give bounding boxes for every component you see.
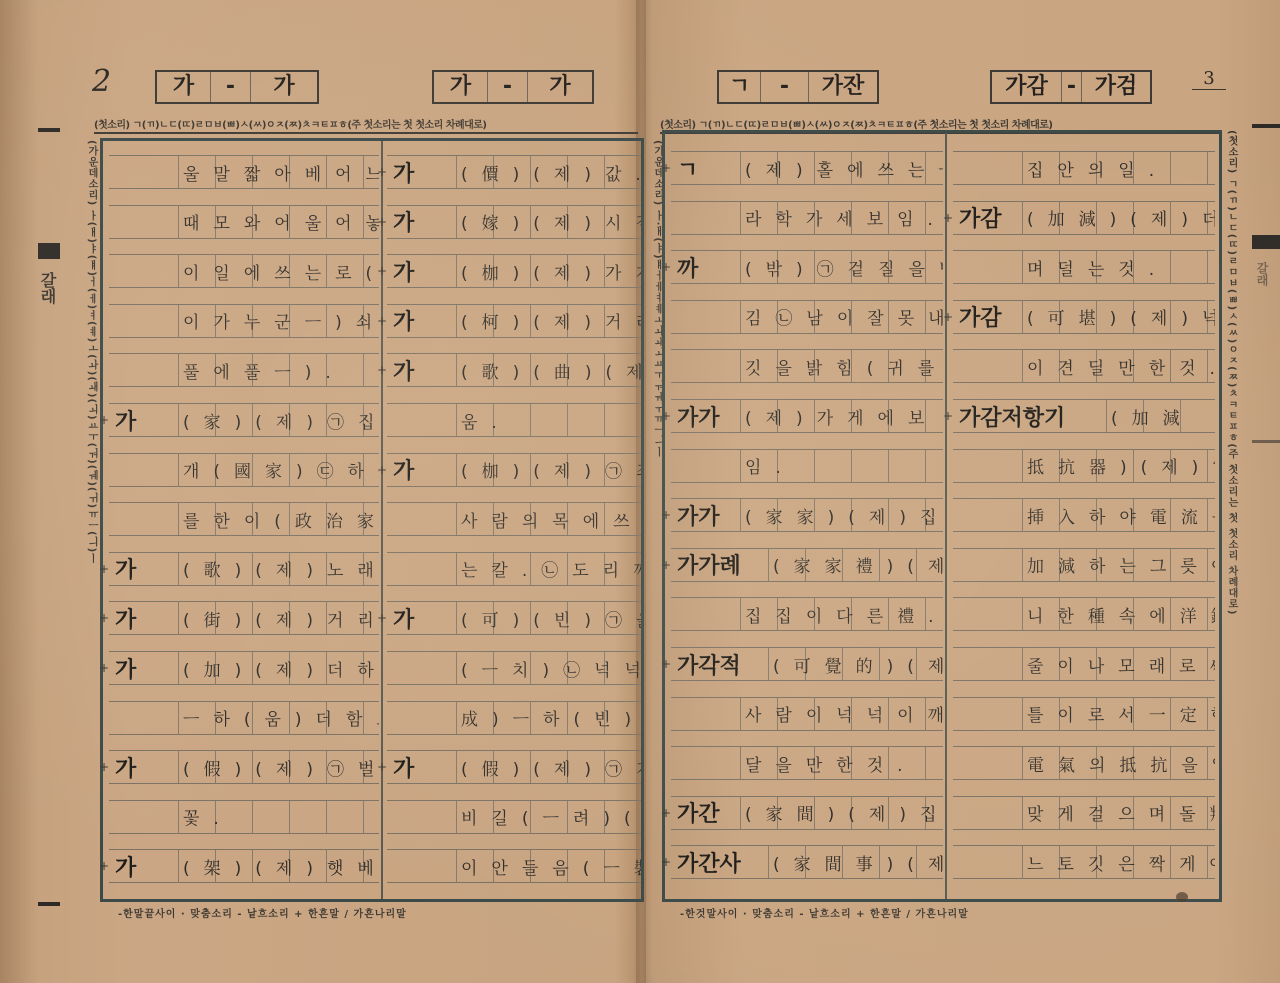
entry-definition: 니한種속에洋銀	[1023, 598, 1215, 630]
entry-definition: (假)(제)㉠벌에㉡	[179, 751, 379, 783]
page-footer-legend: -한말끝사이 · 맞춤소리 - 낱흐소리 + 한흔말 / 가흔나리말	[118, 905, 407, 920]
entry-headword	[387, 702, 457, 734]
entry-definition: (밖)㉠겉질을벗	[741, 251, 943, 283]
entry-definition: 깃을밝힘(귀를ㅡ)	[741, 350, 943, 382]
dictionary-entry-continuation-row: 電氣의抵抗을알	[953, 746, 1215, 780]
entry-headword: 가	[109, 553, 179, 585]
dictionary-entry-continuation-row: 줄이나모래로써	[953, 647, 1215, 681]
entry-headword	[953, 648, 1023, 680]
entry-definition: (架)(제)햇베실렁.	[179, 850, 379, 882]
dictionary-entry-headword-row: +가감저항기(加減	[953, 399, 1215, 433]
entry-definition: 김㉡남이잘못내	[741, 301, 943, 333]
dictionary-entry-headword-row: +가(架)(제)햇베실렁.	[109, 849, 379, 883]
entry-headword: 가	[109, 404, 179, 436]
entry-definition: (家間事)(제)	[769, 846, 943, 878]
entry-marker-icon: +	[99, 611, 109, 625]
guide-words-box-2: 가감 - 가검	[990, 70, 1152, 104]
entry-marker-icon: +	[377, 215, 387, 229]
entry-definition: (價)(제)값.	[457, 156, 641, 188]
entry-marker-icon: +	[661, 508, 671, 522]
dictionary-entry-continuation-row: 틀이로서一定한	[953, 697, 1215, 731]
entry-headword: 가	[109, 850, 179, 882]
entry-marker-icon: +	[661, 657, 671, 671]
dictionary-entry-continuation-row: 를한이(政治家).	[109, 502, 379, 536]
dictionary-entry-continuation-row: 개(國家)㉢하는이	[109, 453, 379, 487]
entry-headword: 가	[387, 305, 457, 337]
entry-headword: 까	[671, 251, 741, 283]
dictionary-entry-continuation-row: 때모와어울어놓	[109, 205, 379, 239]
entry-frame: +ㄱ(제)홀에쓰는ㅡ라학가세보임.+까(밖)㉠겉질을벗김㉡남이잘못내깃을밝힘(귀…	[662, 130, 1222, 902]
entry-headword	[671, 202, 741, 234]
entry-definition: (家家禮)(제)	[769, 549, 943, 581]
entry-definition: (家間)(제)집안	[741, 797, 943, 829]
guide-word-dash: -	[488, 72, 528, 102]
entry-headword: 가	[109, 751, 179, 783]
guide-word-start: 가	[434, 72, 488, 102]
entry-headword	[109, 702, 179, 734]
dictionary-entry-headword-row: +가(價)(제)값.	[387, 155, 641, 189]
entry-headword	[953, 251, 1023, 283]
dictionary-entry-continuation-row: 사람이넉넉이깨	[671, 697, 943, 731]
dictionary-entry-headword-row: +ㄱ(제)홀에쓰는ㅡ	[671, 151, 943, 185]
entry-marker-icon: +	[99, 760, 109, 774]
entry-headword: 가각적	[671, 648, 769, 680]
entry-marker-icon: +	[661, 409, 671, 423]
guide-word-start: ㄱ	[719, 72, 761, 102]
entry-marker-icon: +	[377, 760, 387, 774]
margin-tick	[1252, 440, 1280, 443]
entries-column-1: 울말짧아베어느때모와어울어놓이일에쓰는로(그이가누군ㅡ)쇠가풀에풀ㅡ).+가(家…	[109, 141, 379, 899]
entry-definition: 를한이(政治家).	[179, 503, 379, 535]
dictionary-entry-continuation-row: 이가누군ㅡ)쇠가	[109, 304, 379, 338]
entry-definition: (加減	[1107, 400, 1215, 432]
entry-headword	[109, 255, 179, 287]
left-page: 2 가 - 가 가 - 가 (첫소리) ㄱ(ㄲ)ㄴㄷ(ㄸ)ㄹㅁㅂ(ㅃ)ㅅ(ㅆ)ㅇ…	[0, 0, 640, 983]
entry-marker-icon: +	[99, 859, 109, 873]
entry-definition: (可覺的)(제)	[769, 648, 943, 680]
dictionary-entry-continuation-row: 는칼.㉡도리깨.	[387, 552, 641, 586]
dictionary-entry-continuation-row: 달을만한것.	[671, 746, 943, 780]
entry-definition: 임.	[741, 450, 943, 482]
entry-marker-icon: +	[99, 562, 109, 576]
page-number: 2	[92, 64, 111, 99]
dictionary-entry-continuation-row: 집안의일.	[953, 151, 1215, 185]
entry-definition: 개(國家)㉢하는이	[179, 454, 379, 486]
entry-headword	[109, 354, 179, 386]
dictionary-entry-headword-row: +가간사(家間事)(제)	[671, 845, 943, 879]
dictionary-entry-continuation-row: 임.	[671, 449, 943, 483]
dictionary-entry-headword-row: +가(枷)(제)가지.	[387, 254, 641, 288]
entries-column-1: +ㄱ(제)홀에쓰는ㅡ라학가세보임.+까(밖)㉠겉질을벗김㉡남이잘못내깃을밝힘(귀…	[671, 133, 943, 899]
entry-definition: 電氣의抵抗을알	[1023, 747, 1215, 779]
entry-definition: 느토깃은짝게에	[1023, 846, 1215, 878]
entry-definition: 달을만한것.	[741, 747, 943, 779]
consonant-index-strip: (첫소리) ㄱ(ㄲ)ㄴㄷ(ㄸ)ㄹㅁㅂ(ㅃ)ㅅ(ㅆ)ㅇㅈ(ㅉ)ㅊㅋㅌㅍㅎ(주 첫소…	[94, 116, 638, 134]
entry-headword: 가간사	[671, 846, 769, 878]
vowel-index-strip: (가운데소리) ㅏ(ㅐ)ㅑ(ㅒ)ㅓ(ㅔ)ㅕ(ㅖ)ㅗ(ㅘ)(ㅙ)(ㅚ)ㅛㅜ(ㅝ)(…	[84, 140, 99, 900]
entry-definition: (家家)(제)집집.	[741, 499, 943, 531]
dictionary-entry-headword-row: +가(嫁)(제)시집감.	[387, 205, 641, 239]
entry-definition: (柯)(제)거리.	[457, 305, 641, 337]
entry-headword: 가간	[671, 797, 741, 829]
entry-definition: 며덜는것.	[1023, 251, 1215, 283]
guide-word-start: 가감	[992, 72, 1062, 102]
entry-headword: 가	[387, 602, 457, 634]
margin-section-label: 갈래	[1254, 262, 1271, 286]
entries-column-2: +가(價)(제)값.+가(嫁)(제)시집감.+가(枷)(제)가지.+가(柯)(제…	[387, 141, 641, 899]
entry-headword	[953, 549, 1023, 581]
dictionary-entry-continuation-row: 며덜는것.	[953, 250, 1215, 284]
entry-marker-icon: +	[943, 409, 953, 423]
entry-definition: (可堪)(제)넉넉	[1023, 301, 1215, 333]
entry-headword	[387, 652, 457, 684]
guide-words-box-1: 가 - 가	[155, 70, 319, 104]
entry-headword	[387, 503, 457, 535]
entry-definition: 는칼.㉡도리깨.	[457, 553, 641, 585]
dictionary-entry-continuation-row: 김㉡남이잘못내	[671, 300, 943, 334]
entry-definition: ㅡ하(움)더함보탬	[179, 702, 379, 734]
column-divider	[945, 133, 947, 899]
dictionary-entry-headword-row: +까(밖)㉠겉질을벗	[671, 250, 943, 284]
ink-stain	[1176, 892, 1188, 902]
dictionary-entry-continuation-row: 느토깃은짝게에	[953, 845, 1215, 879]
dictionary-entry-continuation-row: 비길(ㅡ려)(裝)㉢참	[387, 800, 641, 834]
margin-tab-marker	[1252, 235, 1280, 249]
entry-headword: 가가례	[671, 549, 769, 581]
entry-frame: 울말짧아베어느때모와어울어놓이일에쓰는로(그이가누군ㅡ)쇠가풀에풀ㅡ).+가(家…	[100, 138, 644, 902]
dictionary-entry-headword-row: +가각적(可覺的)(제)	[671, 647, 943, 681]
entry-definition: 집안의일.	[1023, 152, 1215, 184]
entry-headword	[387, 404, 457, 436]
dictionary-entry-continuation-row: 울말짧아베어느	[109, 155, 379, 189]
guide-word-dash: -	[761, 72, 809, 102]
entry-definition: (枷)(제)가지.	[457, 255, 641, 287]
entry-marker-icon: +	[943, 211, 953, 225]
page-footer-legend: -한것말사이 · 맞춤소리 - 낱흐소리 + 한흔말 / 가흔나리말	[680, 905, 969, 920]
entry-marker-icon: +	[99, 413, 109, 427]
entry-headword	[387, 553, 457, 585]
guide-words-box-2: 가 - 가	[432, 70, 594, 104]
entry-marker-icon: +	[661, 558, 671, 572]
entry-definition: 풀에풀ㅡ).	[179, 354, 379, 386]
entry-headword: ㄱ	[671, 152, 741, 184]
column-divider	[381, 141, 383, 899]
dictionary-entry-headword-row: +가(街)(제)거리.	[109, 601, 379, 635]
entry-definition: (街)(제)거리.	[179, 602, 379, 634]
dictionary-entry-continuation-row: 이일에쓰는로(그	[109, 254, 379, 288]
entry-headword: 가	[387, 206, 457, 238]
entry-definition: 집집이다른禮.	[741, 598, 943, 630]
dictionary-entry-continuation-row: 라학가세보임.	[671, 201, 943, 235]
margin-tick	[38, 128, 60, 132]
dictionary-entry-continuation-row: 깃을밝힘(귀를ㅡ)	[671, 349, 943, 383]
entry-headword: 가가	[671, 499, 741, 531]
dictionary-entry-continuation-row: 挿入하야電流를	[953, 498, 1215, 532]
entry-headword	[109, 801, 179, 833]
dictionary-entry-headword-row: +가가(家家)(제)집집.	[671, 498, 943, 532]
entry-headword	[953, 846, 1023, 878]
entries-column-2: 집안의일.+가감(加減)(제)더하며덜는것.+가감(可堪)(제)넉넉이견딜만한것…	[953, 133, 1215, 899]
entry-headword	[387, 801, 457, 833]
entry-definition: 틀이로서一定한	[1023, 698, 1215, 730]
right-page: ㄱ - 가잔 가감 - 가검 3 (첫소리) ㄱ(ㄲ)ㄴㄷ(ㄸ)ㄹㅁㅂ(ㅃ)ㅅ(…	[640, 0, 1280, 983]
entry-headword	[953, 450, 1023, 482]
entry-definition: 이안들음(ㅡ裝花)	[457, 850, 641, 882]
entry-definition: 라학가세보임.	[741, 202, 943, 234]
entry-headword	[953, 598, 1023, 630]
entry-headword: 가감저항기	[953, 400, 1107, 432]
margin-tick	[1252, 124, 1280, 128]
entry-definition: (家)(제)㉠집㉡가	[179, 404, 379, 436]
dictionary-entry-continuation-row: (ㅡ치)㉡넉넉이(ㅡ	[387, 651, 641, 685]
dictionary-entry-headword-row: +가가(제)가게에보	[671, 399, 943, 433]
entry-definition: (加減)(제)더하	[1023, 202, 1215, 234]
entry-marker-icon: +	[99, 661, 109, 675]
entry-definition: (歌)(제)노래.	[179, 553, 379, 585]
entry-headword	[953, 350, 1023, 382]
guide-word-end: 가	[251, 72, 317, 102]
entry-definition: (枷)(제)㉠죄짓은	[457, 454, 641, 486]
guide-word-end: 가검	[1082, 72, 1150, 102]
margin-section-label: 갈래	[36, 272, 59, 304]
entry-definition: 成)ㅡ하(빈)옳음.	[457, 702, 641, 734]
dictionary-entry-headword-row: +가(柯)(제)거리.	[387, 304, 641, 338]
entry-headword: 가감	[953, 301, 1023, 333]
entry-headword	[109, 454, 179, 486]
entry-headword: 가	[387, 751, 457, 783]
guide-word-end: 가잔	[809, 72, 877, 102]
margin-tick	[38, 902, 60, 906]
entry-definition: 꽃.	[179, 801, 379, 833]
entry-headword	[671, 598, 741, 630]
entry-headword	[387, 850, 457, 882]
dictionary-entry-headword-row: +가간(家間)(제)집안	[671, 796, 943, 830]
entry-definition: 사람의목에쓰이	[457, 503, 641, 535]
entry-definition: 이일에쓰는로(그	[179, 255, 379, 287]
dictionary-entry-headword-row: +가(可)(빈)㉠옳은한하	[387, 601, 641, 635]
entry-marker-icon: +	[661, 161, 671, 175]
entry-definition: 抵抗器)(제)電路에	[1023, 450, 1215, 482]
entry-marker-icon: +	[661, 806, 671, 820]
entry-headword	[953, 698, 1023, 730]
dictionary-entry-continuation-row: 맞게걸으며돌叛	[953, 796, 1215, 830]
entry-definition: 사람이넉넉이깨	[741, 698, 943, 730]
dictionary-entry-headword-row: +가(歌)(제)노래.	[109, 552, 379, 586]
dictionary-entry-headword-row: +가(枷)(제)㉠죄짓은	[387, 453, 641, 487]
entry-definition: (假)(제)㉠거짓㉡	[457, 751, 641, 783]
entry-headword	[953, 747, 1023, 779]
dictionary-entry-continuation-row: 이견딜만한것.	[953, 349, 1215, 383]
page-number: 3	[1192, 68, 1226, 90]
dictionary-entry-continuation-row: 풀에풀ㅡ).	[109, 353, 379, 387]
guide-word-dash: -	[1062, 72, 1082, 102]
dictionary-entry-headword-row: +가(歌)(曲)(제)아름다	[387, 353, 641, 387]
entry-headword: 가	[387, 454, 457, 486]
entry-headword: 가	[109, 602, 179, 634]
entry-definition: 줄이나모래로써	[1023, 648, 1215, 680]
entry-headword: 가	[387, 156, 457, 188]
dictionary-entry-headword-row: +가감(可堪)(제)넉넉	[953, 300, 1215, 334]
entry-definition: (加)(제)더하는셈	[179, 652, 379, 684]
entry-marker-icon: +	[377, 264, 387, 278]
dictionary-entry-continuation-row: 니한種속에洋銀	[953, 597, 1215, 631]
dictionary-entry-continuation-row: 사람의목에쓰이	[387, 502, 641, 536]
entry-headword: 가가	[671, 400, 741, 432]
dictionary-entry-continuation-row: 움.	[387, 403, 641, 437]
entry-headword	[109, 156, 179, 188]
dictionary-entry-continuation-row: 꽃.	[109, 800, 379, 834]
entry-headword	[671, 698, 741, 730]
guide-word-dash: -	[211, 72, 251, 102]
entry-definition: 이견딜만한것.	[1023, 350, 1215, 382]
dictionary-entry-continuation-row: 成)ㅡ하(빈)옳음.	[387, 701, 641, 735]
entry-definition: 이가누군ㅡ)쇠가	[179, 305, 379, 337]
entry-headword	[671, 450, 741, 482]
entry-headword	[953, 152, 1023, 184]
entry-definition: 울말짧아베어느	[179, 156, 379, 188]
entry-headword	[109, 206, 179, 238]
entry-marker-icon: +	[377, 611, 387, 625]
entry-headword: 가	[387, 354, 457, 386]
dictionary-entry-headword-row: +가(加)(제)더하는셈	[109, 651, 379, 685]
guide-word-end: 가	[528, 72, 592, 102]
entry-definition: (제)홀에쓰는ㅡ	[741, 152, 943, 184]
entry-definition: (제)가게에보	[741, 400, 943, 432]
entry-headword	[671, 350, 741, 382]
entry-definition: 움.	[457, 404, 641, 436]
dictionary-entry-headword-row: +가감(加減)(제)더하	[953, 201, 1215, 235]
entry-definition: 맞게걸으며돌叛	[1023, 797, 1215, 829]
entry-marker-icon: +	[377, 314, 387, 328]
margin-tab-marker	[38, 243, 60, 259]
dictionary-entry-headword-row: +가(假)(제)㉠벌에㉡	[109, 750, 379, 784]
guide-word-start: 가	[157, 72, 211, 102]
entry-marker-icon: +	[661, 855, 671, 869]
entry-headword	[109, 503, 179, 535]
entry-definition: 비길(ㅡ려)(裝)㉢참	[457, 801, 641, 833]
consonant-vertical-strip: (첫소리) ㄱ(ㄲ)ㄴㄷ(ㄸ)ㄹㅁㅂ(ㅃ)ㅅ(ㅆ)ㅇㅈ(ㅉ)ㅊㅋㅌㅍㅎ(주 첫소…	[1224, 130, 1239, 890]
entry-headword	[953, 499, 1023, 531]
entry-definition: (嫁)(제)시집감.	[457, 206, 641, 238]
entry-definition: 加減하는그릇이	[1023, 549, 1215, 581]
entry-definition: (ㅡ치)㉡넉넉이(ㅡ	[457, 652, 641, 684]
entry-definition: 挿入하야電流를	[1023, 499, 1215, 531]
entry-headword	[109, 305, 179, 337]
entry-definition: 때모와어울어놓	[179, 206, 379, 238]
guide-words-box-1: ㄱ - 가잔	[717, 70, 879, 104]
entry-marker-icon: +	[943, 310, 953, 324]
entry-headword: 가	[387, 255, 457, 287]
entry-marker-icon: +	[377, 165, 387, 179]
entry-marker-icon: +	[377, 463, 387, 477]
dictionary-entry-headword-row: +가(假)(제)㉠거짓㉡	[387, 750, 641, 784]
entry-headword	[671, 747, 741, 779]
dictionary-entry-continuation-row: 집집이다른禮.	[671, 597, 943, 631]
dictionary-entry-headword-row: +가(家)(제)㉠집㉡가	[109, 403, 379, 437]
open-book: 2 가 - 가 가 - 가 (첫소리) ㄱ(ㄲ)ㄴㄷ(ㄸ)ㄹㅁㅂ(ㅃ)ㅅ(ㅆ)ㅇ…	[0, 0, 1280, 983]
dictionary-entry-headword-row: +가가례(家家禮)(제)	[671, 548, 943, 582]
entry-definition: (可)(빈)㉠옳은한하	[457, 602, 641, 634]
dictionary-entry-continuation-row: ㅡ하(움)더함보탬	[109, 701, 379, 735]
entry-marker-icon: +	[661, 260, 671, 274]
entry-definition: (歌)(曲)(제)아름다	[457, 354, 641, 386]
entry-headword: 가	[109, 652, 179, 684]
entry-headword	[671, 301, 741, 333]
dictionary-entry-continuation-row: 抵抗器)(제)電路에	[953, 449, 1215, 483]
dictionary-entry-continuation-row: 加減하는그릇이	[953, 548, 1215, 582]
dictionary-entry-continuation-row: 이안들음(ㅡ裝花)	[387, 849, 641, 883]
entry-headword	[953, 797, 1023, 829]
entry-headword: 가감	[953, 202, 1023, 234]
entry-marker-icon: +	[377, 363, 387, 377]
